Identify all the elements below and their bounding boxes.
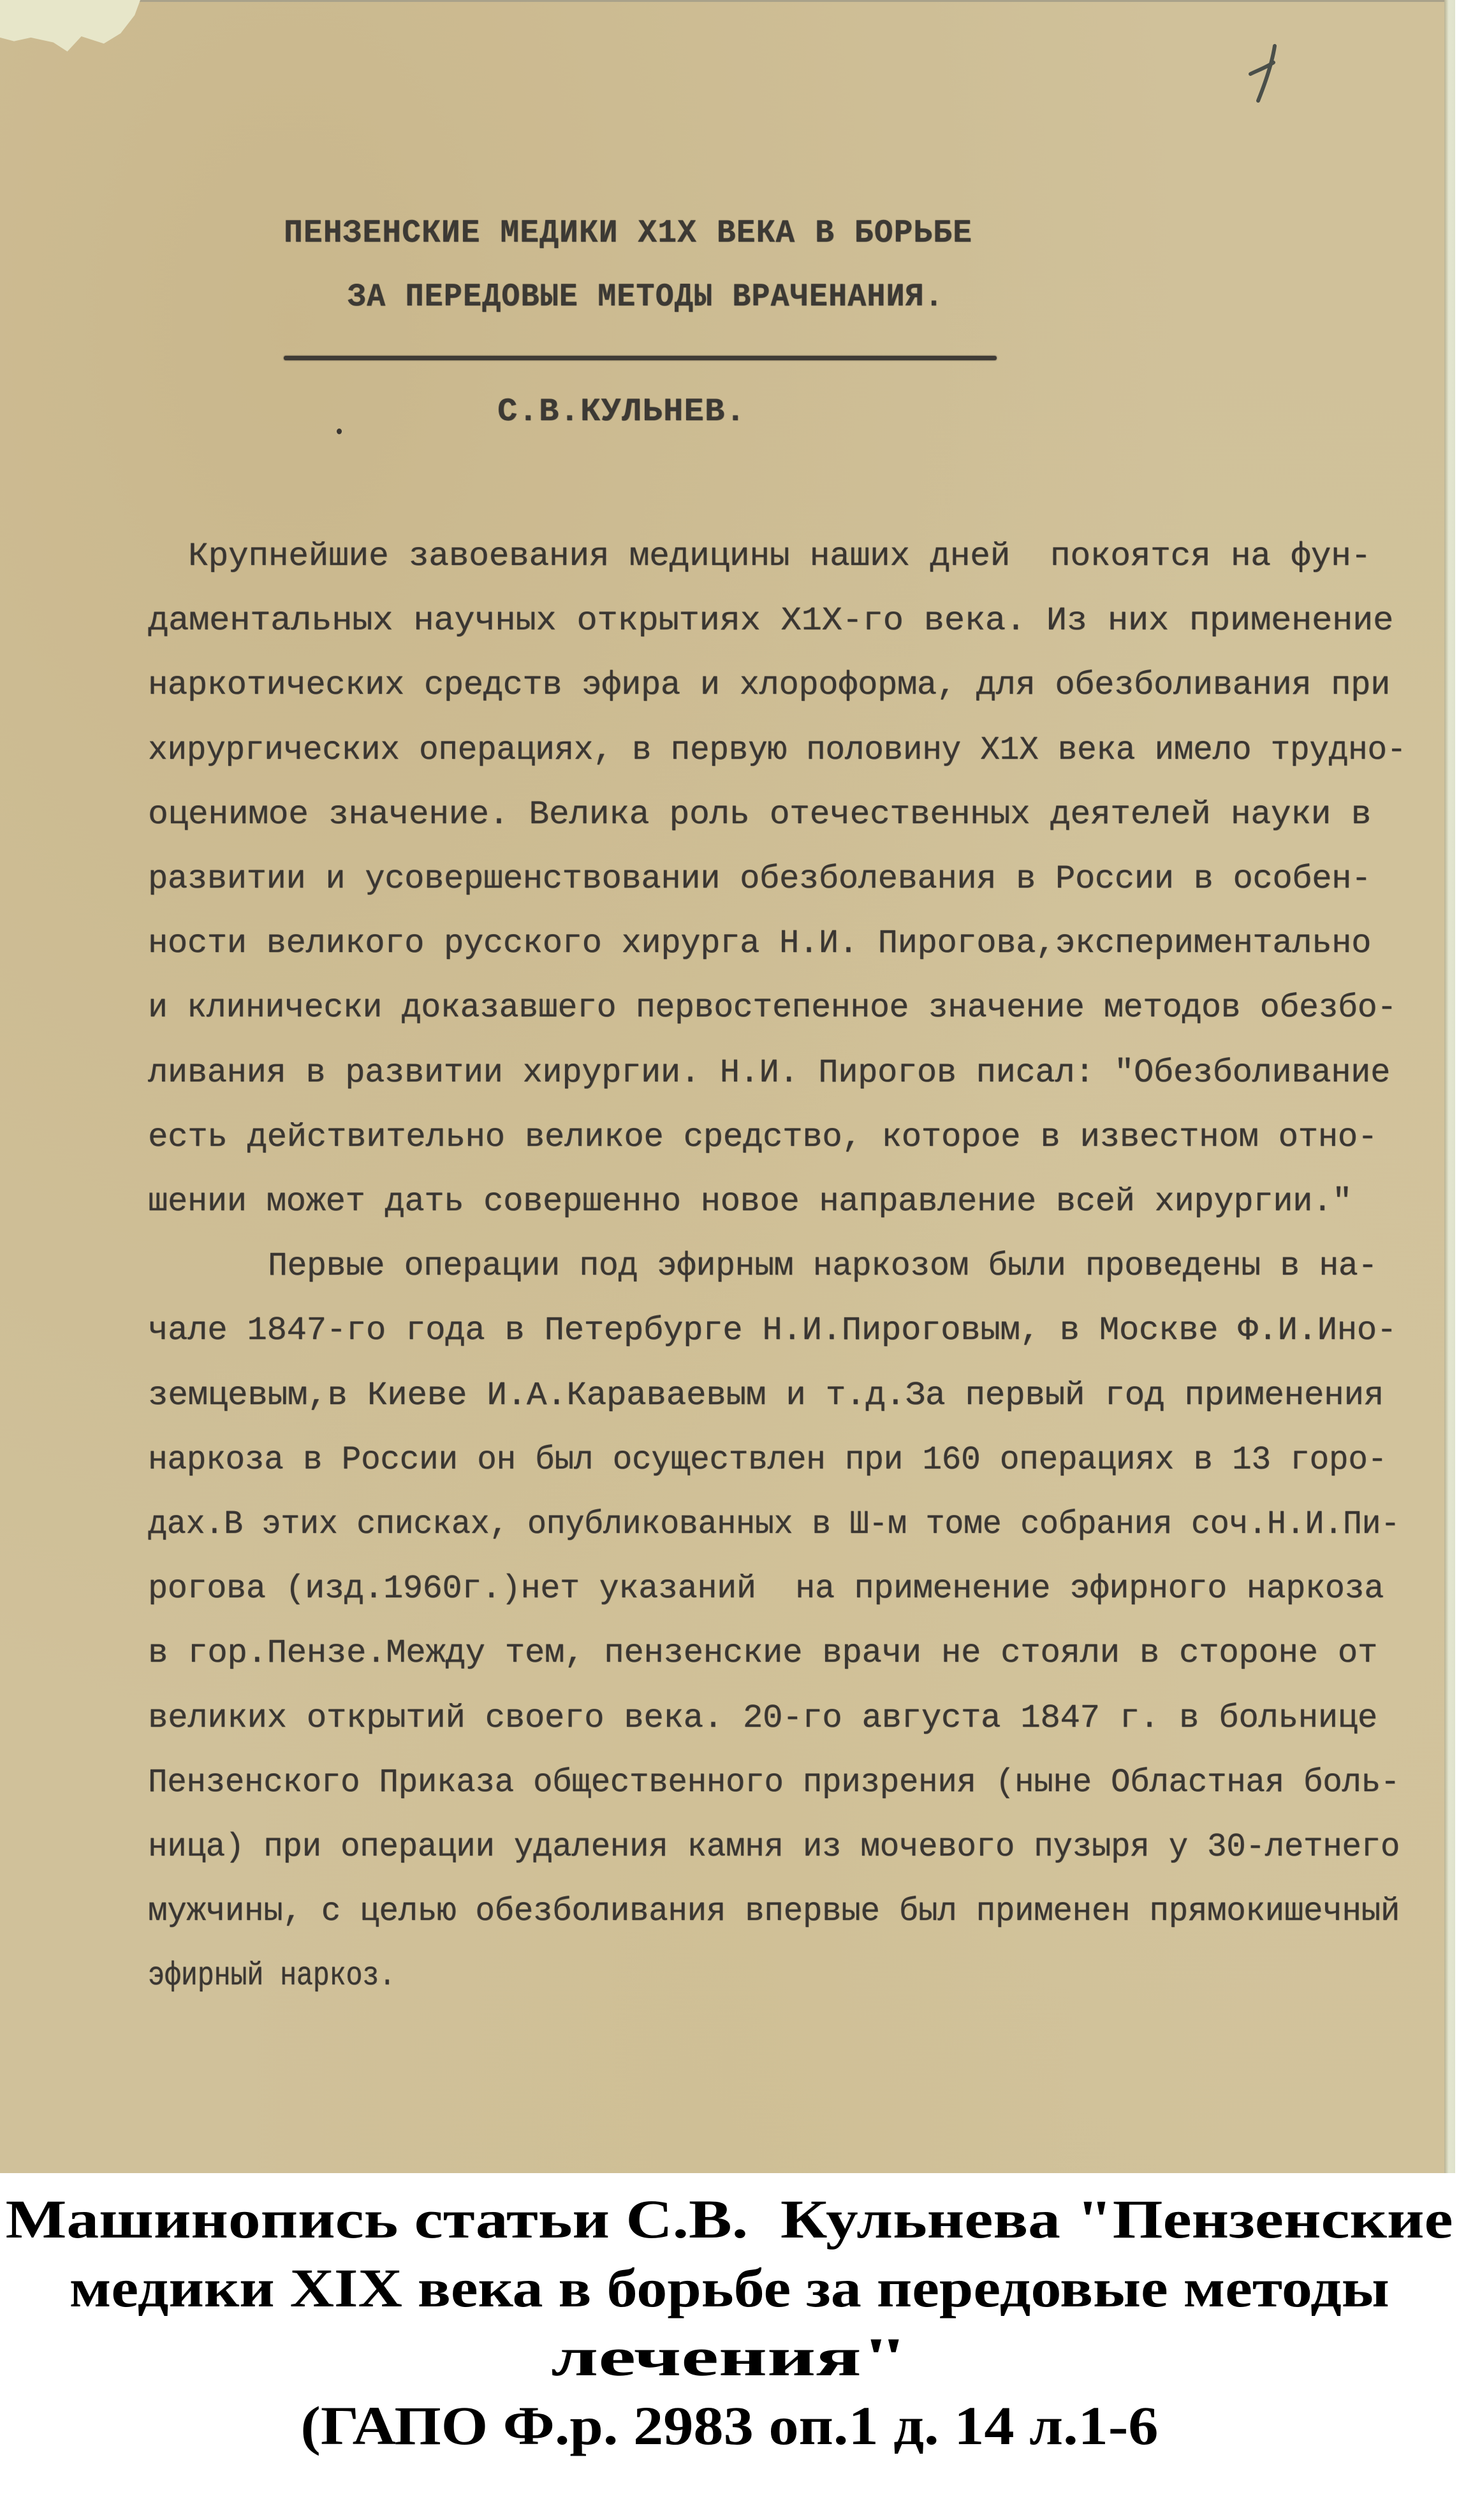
caption-line-1: Машинопись статьи С.В. Кульнева "Пензенс… <box>0 2187 1459 2251</box>
caption-block: Машинопись статьи С.В. Кульнева "Пензенс… <box>0 2173 1459 2520</box>
body-text-line: Пензенского Приказа общественного призре… <box>148 1764 1400 1802</box>
body-text-line: чале 1847-го года в Петербурге Н.И.Пирог… <box>148 1312 1397 1350</box>
body-text-line: Крупнейшие завоевания медицины наших дне… <box>188 538 1371 576</box>
document-title-line-2: ЗА ПЕРЕДОВЫЕ МЕТОДЫ ВРАЧЕНАНИЯ. <box>348 279 944 316</box>
body-text-line: наркоза в России он был осуществлен при … <box>148 1441 1387 1479</box>
document-author: С.В.КУЛЬНЕВ. <box>497 394 746 431</box>
torn-paper-corner <box>0 0 140 61</box>
body-text-line: земцевым,в Киеве И.А.Караваевым и т.д.За… <box>148 1377 1384 1415</box>
body-text-line: ница) при операции удаления камня из моч… <box>148 1828 1400 1866</box>
body-text-line: ности великого русского хирурга Н.И. Пир… <box>148 925 1371 963</box>
caption-line-2: медики XIX века в борьбе за передовые ме… <box>0 2256 1459 2320</box>
body-text-line: дах.В этих списках, опубликованных в Ш-м… <box>148 1505 1400 1544</box>
body-text-line: наркотических средств эфира и хлороформа… <box>148 666 1390 705</box>
body-text-line: ливания в развитии хирургии. Н.И. Пирого… <box>148 1054 1390 1092</box>
body-text-line: мужчины, с целью обезболивания впервые б… <box>148 1893 1400 1931</box>
body-text-line: шении может дать совершенно новое направ… <box>148 1183 1352 1221</box>
body-text-line: хирургических операциях, в первую полови… <box>148 731 1406 770</box>
scan-right-edge <box>1444 0 1455 2173</box>
body-text-line: эфирный наркоз. <box>148 1957 395 1995</box>
handwritten-page-number: 1 <box>1247 43 1285 104</box>
body-text-line: развитии и усовершенствовании обезболева… <box>148 860 1371 898</box>
caption-line-3: лечения" <box>0 2325 1459 2389</box>
stray-ink-dot <box>337 429 342 434</box>
body-text-line: есть действительно великое средство, кот… <box>148 1118 1377 1157</box>
archival-document-scan: 1 ПЕНЗЕНСКИЕ МЕДИКИ X1X ВЕКА В БОРЬБЕ ЗА… <box>0 0 1455 2173</box>
body-text-line: рогова (изд.1960г.)нет указаний на приме… <box>148 1570 1384 1608</box>
body-text-line: великих открытий своего века. 20-го авгу… <box>148 1699 1377 1738</box>
document-title-line-1: ПЕНЗЕНСКИЕ МЕДИКИ X1X ВЕКА В БОРЬБЕ <box>284 216 972 253</box>
body-text-line: Первые операции под эфирным наркозом был… <box>268 1247 1377 1286</box>
title-underline-rule <box>284 356 997 360</box>
body-text-line: даментальных научных открытиях X1X-го ве… <box>148 602 1393 640</box>
scan-top-edge <box>0 0 1455 2</box>
body-text-line: и клинически доказавшего первостепенное … <box>148 989 1397 1027</box>
caption-line-4: (ГАПО Ф.р. 2983 оп.1 д. 14 л.1-6 <box>0 2394 1459 2458</box>
body-text-line: в гор.Пензе.Между тем, пензенские врачи … <box>148 1634 1377 1673</box>
body-text-line: оценимое значение. Велика роль отечестве… <box>148 796 1371 834</box>
